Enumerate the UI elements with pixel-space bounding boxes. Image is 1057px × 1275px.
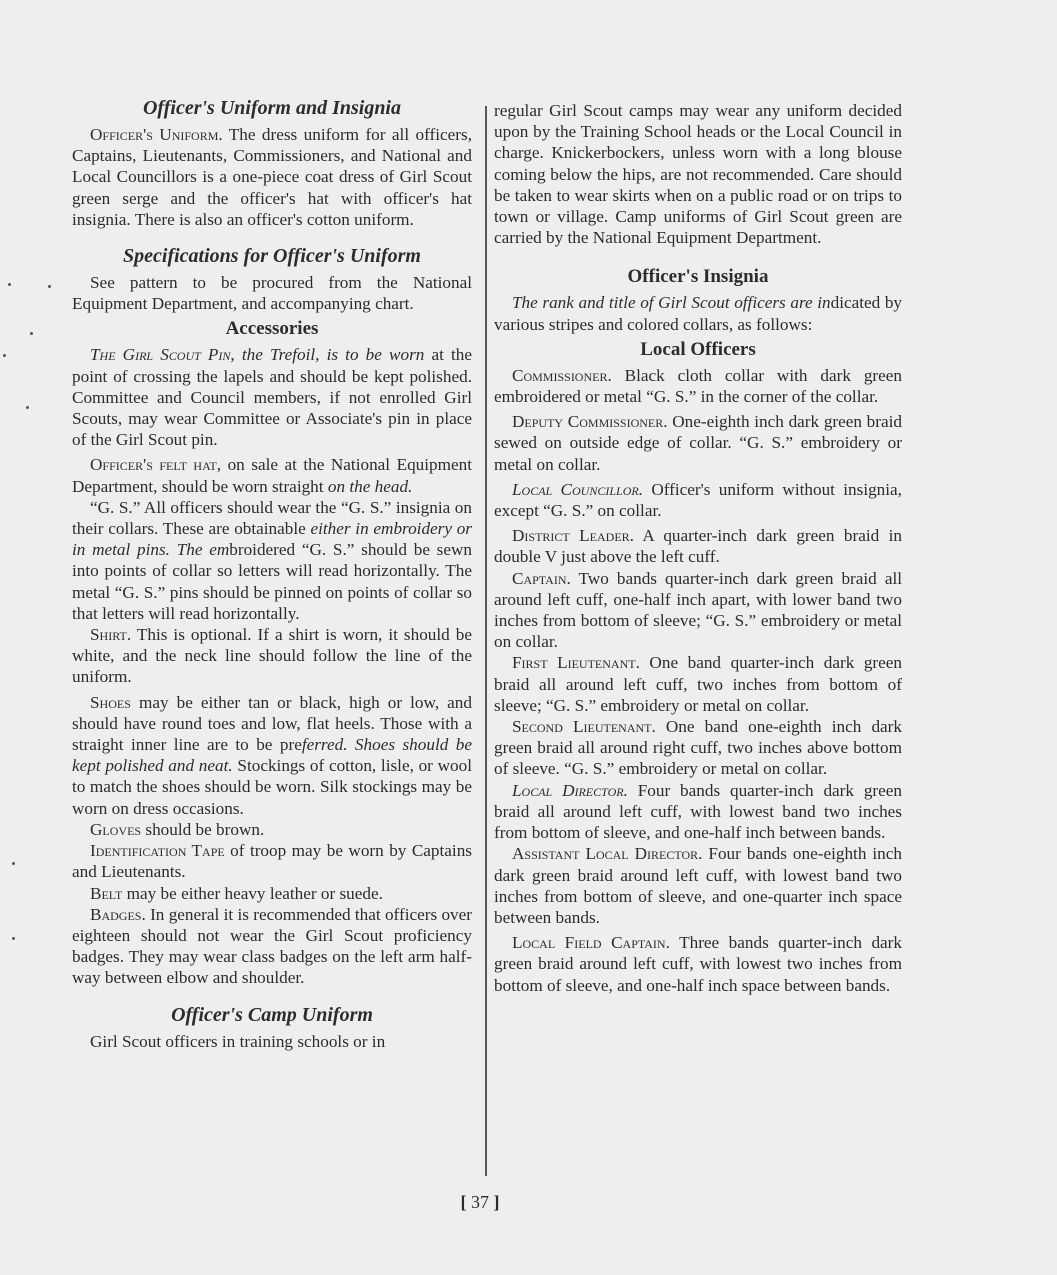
rank-local-councillor: Local Councillor. Officer's uniform with… [494,479,902,521]
rank-second-lieutenant: Second Lieutenant. One band one-eighth i… [494,716,902,780]
section-title-uniform-insignia: Officer's Uniform and Insignia [72,96,472,120]
speck [48,285,51,288]
right-column: regular Girl Scout camps may wear any un… [494,100,902,996]
section-title-accessories: Accessories [72,318,472,340]
rank-first-lieutenant: First Lieutenant. One band quarter-inch … [494,652,902,716]
left-column: Officer's Uniform and Insignia Officer's… [72,96,472,1052]
paragraph-officers-uniform: Officer's Uniform. The dress uniform for… [72,124,472,230]
speck [3,354,6,357]
paragraph-badges: Badges. In general it is recommended tha… [72,904,472,989]
paragraph-shoes: Shoes may be either tan or black, high o… [72,692,472,819]
rank-local-field-captain: Local Field Captain. Three bands quarter… [494,932,902,996]
paragraph-pin: The Girl Scout Pin, the Trefoil, is to b… [72,344,472,450]
paragraph-gloves: Gloves should be brown. [72,819,472,840]
book-page: Officer's Uniform and Insignia Officer's… [0,0,1057,1275]
paragraph-gs-insignia: “G. S.” All officers should wear the “G.… [72,497,472,624]
speck [12,862,15,865]
page-number: [ 37 ] [0,1192,960,1213]
paragraph-specifications: See pattern to be procured from the Nati… [72,272,472,314]
rank-deputy-commissioner: Deputy Commissioner. One-eighth inch dar… [494,411,902,475]
paragraph-felt-hat: Officer's felt hat, on sale at the Natio… [72,454,472,496]
paragraph-identification-tape: Identification Tape of troop may be worn… [72,840,472,882]
paragraph-shirt: Shirt. This is optional. If a shirt is w… [72,624,472,688]
section-title-specifications: Specifications for Officer's Uniform [72,244,472,268]
speck [8,283,11,286]
speck [30,332,33,335]
rank-local-director: Local Director. Four bands quarter-inch … [494,780,902,844]
rank-commissioner: Commissioner. Black cloth collar with da… [494,365,902,407]
rank-captain: Captain. Two bands quarter-inch dark gre… [494,568,902,653]
paragraph-belt: Belt may be either heavy leather or sued… [72,883,472,904]
paragraph-insignia-intro: The rank and title of Girl Scout officer… [494,292,902,334]
section-title-camp-uniform: Officer's Camp Uniform [72,1003,472,1027]
rank-district-leader: District Leader. A quarter-inch dark gre… [494,525,902,567]
rank-assistant-local-director: Assistant Local Director. Four bands one… [494,843,902,928]
section-title-officers-insignia: Officer's Insignia [494,266,902,288]
paragraph-camp-uniform-continued: regular Girl Scout camps may wear any un… [494,100,902,248]
speck [12,937,15,940]
column-divider [485,106,487,1176]
speck [26,406,29,409]
section-title-local-officers: Local Officers [494,339,902,361]
paragraph-camp-uniform: Girl Scout officers in training schools … [72,1031,472,1052]
